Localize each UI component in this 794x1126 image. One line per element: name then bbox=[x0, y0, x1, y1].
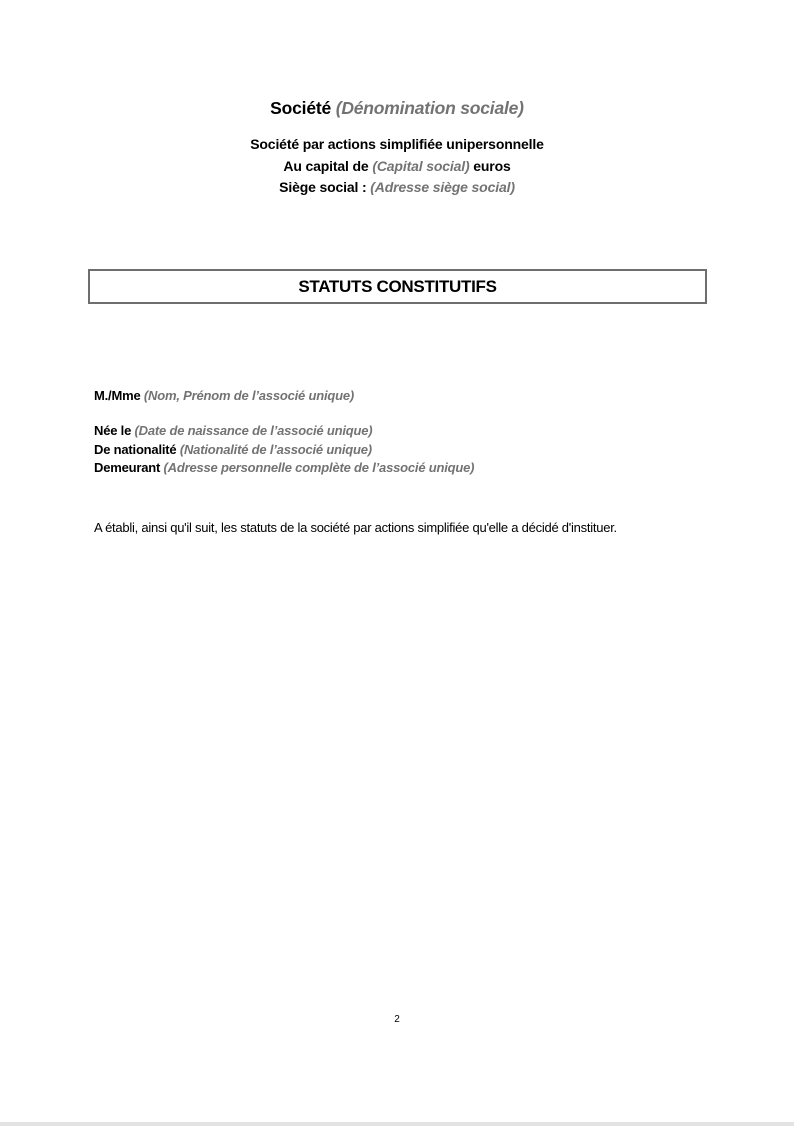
registered-office-line: Siège social : (Adresse siège social) bbox=[0, 177, 794, 199]
registered-office-prefix: Siège social : bbox=[279, 179, 366, 195]
document-page: Société (Dénomination sociale) Société p… bbox=[0, 0, 794, 1122]
associate-identity: M./Mme (Nom, Prénom de l’associé unique)… bbox=[94, 387, 474, 478]
capital-line: Au capital de (Capital social) euros bbox=[0, 156, 794, 178]
registered-office-placeholder: (Adresse siège social) bbox=[370, 179, 515, 195]
legal-form: Société par actions simplifiée uniperson… bbox=[0, 134, 794, 156]
associate-name-label: M./Mme bbox=[94, 388, 140, 403]
section-title: STATUTS CONSTITUTIFS bbox=[90, 276, 705, 298]
company-info: Société par actions simplifiée uniperson… bbox=[0, 134, 794, 199]
capital-suffix: euros bbox=[473, 158, 510, 174]
associate-name-placeholder: (Nom, Prénom de l’associé unique) bbox=[144, 388, 354, 403]
associate-birth-label: Née le bbox=[94, 423, 131, 438]
capital-prefix: Au capital de bbox=[283, 158, 368, 174]
page-separator bbox=[0, 1122, 794, 1126]
associate-address-placeholder: (Adresse personnelle complète de l’assoc… bbox=[164, 460, 475, 475]
associate-name-line: M./Mme (Nom, Prénom de l’associé unique) bbox=[94, 387, 474, 406]
company-title: Société (Dénomination sociale) bbox=[0, 96, 794, 120]
page-number: 2 bbox=[0, 1013, 794, 1027]
associate-address-line: Demeurant (Adresse personnelle complète … bbox=[94, 459, 474, 478]
associate-birth-placeholder: (Date de naissance de l’associé unique) bbox=[135, 423, 373, 438]
section-title-box: STATUTS CONSTITUTIFS bbox=[88, 269, 707, 304]
associate-nationality-placeholder: (Nationalité de l’associé unique) bbox=[180, 442, 372, 457]
associate-nationality-label: De nationalité bbox=[94, 442, 176, 457]
associate-nationality-line: De nationalité (Nationalité de l’associé… bbox=[94, 441, 474, 460]
associate-birth-line: Née le (Date de naissance de l’associé u… bbox=[94, 422, 474, 441]
capital-placeholder: (Capital social) bbox=[372, 158, 469, 174]
company-name-placeholder: (Dénomination sociale) bbox=[336, 98, 524, 118]
intro-paragraph: A établi, ainsi qu'il suit, les statuts … bbox=[94, 519, 698, 538]
spacer bbox=[94, 406, 474, 423]
associate-address-label: Demeurant bbox=[94, 460, 160, 475]
company-label: Société bbox=[270, 98, 331, 118]
